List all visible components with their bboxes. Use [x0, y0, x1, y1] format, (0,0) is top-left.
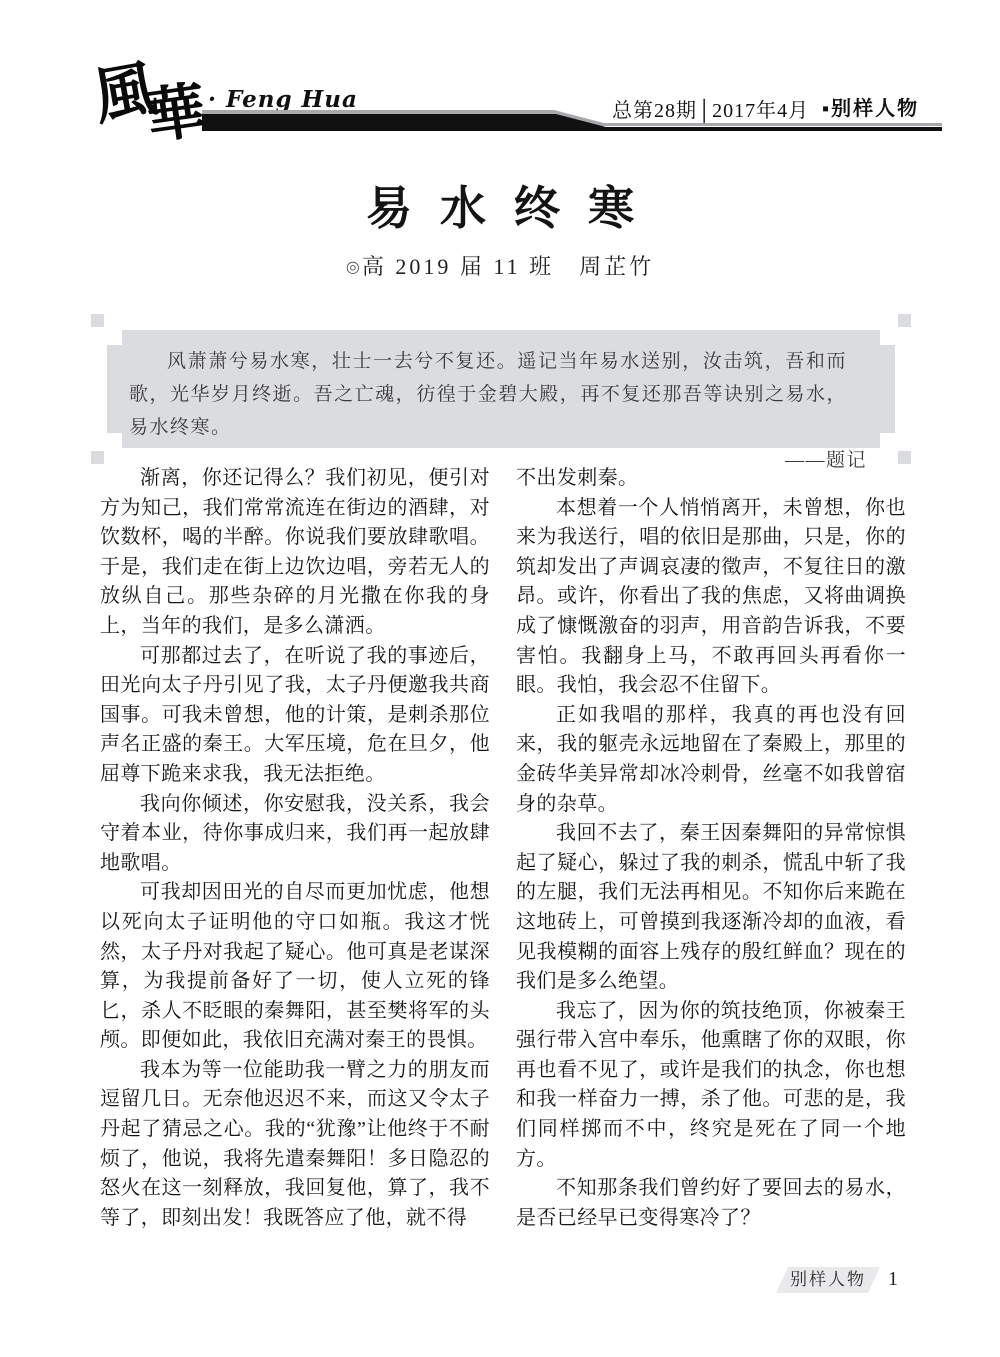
magazine-logo-romanized: · Feng Hua: [208, 86, 358, 113]
epigraph-corner-square-top-left: [91, 314, 104, 327]
paragraph: 渐离，你还记得么？我们初见，便引对方为知己，我们常常流连在街边的酒肆，对饮数杯，…: [100, 464, 490, 642]
footer-section-tag: 别样人物: [776, 1267, 880, 1293]
epigraph-corner-square-bottom-right: [898, 451, 911, 464]
paragraph: 可那都过去了，在听说了我的事迹后，田光向太子丹引见了我，太子丹便邀我共商国事。可…: [100, 642, 490, 790]
left-column: 渐离，你还记得么？我们初见，便引对方为知己，我们常常流连在街边的酒肆，对饮数杯，…: [100, 464, 490, 1233]
issue-info: 总第28期│2017年4月: [612, 94, 809, 123]
page-number: 1: [888, 1268, 898, 1291]
epigraph-corner-notch-bottom-left: [107, 433, 122, 448]
paragraph: 我回不去了，秦王因秦舞阳的异常惊惧起了疑心，躲过了我的刺杀，慌乱中斩了我的左腿，…: [516, 819, 906, 997]
epigraph-block: 风萧萧兮易水寒，壮士一去兮不复还。遥记当年易水送别，汝击筑，吾和而歌，光华岁月终…: [107, 330, 895, 448]
magazine-page: 風 華 · Feng Hua 总第28期│2017年4月 ▪别样人物 易水终寒 …: [0, 0, 1000, 1357]
paragraph: 我忘了，因为你的筑技绝顶，你被秦王强行带入宫中奉乐，他熏瞎了你的双眼，你再也看不…: [516, 997, 906, 1175]
epigraph-text: 风萧萧兮易水寒，壮士一去兮不复还。遥记当年易水送别，汝击筑，吾和而歌，光华岁月终…: [107, 330, 895, 444]
paragraph: 不知那条我们曾约好了要回去的易水，是否已经早已变得寒冷了？: [516, 1174, 906, 1233]
paragraph: 正如我唱的那样，我真的再也没有回来，我的躯壳永远地留在了秦殿上，那里的金砖华美异…: [516, 701, 906, 819]
magazine-logo-char-2: 華: [142, 80, 210, 148]
paragraph-continuation: 不出发刺秦。: [516, 464, 906, 494]
epigraph-corner-notch-top-left: [107, 330, 122, 345]
header-section-label: ▪别样人物: [822, 92, 919, 121]
epigraph-corner-notch-top-right: [880, 330, 895, 345]
right-column: 不出发刺秦。 本想着一个人悄悄离开，未曾想，你也来为我送行，唱的依旧是那曲，只是…: [516, 464, 906, 1233]
footer-section-label: 别样人物: [782, 1267, 874, 1293]
paragraph: 本想着一个人悄悄离开，未曾想，你也来为我送行，唱的依旧是那曲，只是，你的筑却发出…: [516, 494, 906, 701]
epigraph-corner-notch-bottom-right: [880, 433, 895, 448]
paragraph: 可我却因田光的自尽而更加忧虑，他想以死向太子证明他的守口如瓶。我这才恍然，太子丹…: [100, 878, 490, 1056]
epigraph-corner-square-top-right: [898, 314, 911, 327]
epigraph-corner-square-bottom-left: [91, 451, 104, 464]
article-byline: ◎高 2019 届 11 班 周芷竹: [0, 250, 1000, 281]
article-body: 渐离，你还记得么？我们初见，便引对方为知己，我们常常流连在街边的酒肆，对饮数杯，…: [100, 464, 906, 1233]
paragraph: 我本为等一位能助我一臂之力的朋友而逗留几日。无奈他迟迟不来，而这又令太子丹起了猜…: [100, 1056, 490, 1234]
paragraph: 我向你倾述，你安慰我，没关系，我会守着本业，待你事成归来，我们再一起放肆地歌唱。: [100, 790, 490, 879]
byline-text: 高 2019 届 11 班 周芷竹: [362, 254, 654, 279]
article-title: 易水终寒: [0, 172, 1000, 238]
byline-circle-mark: ◎: [346, 259, 360, 276]
